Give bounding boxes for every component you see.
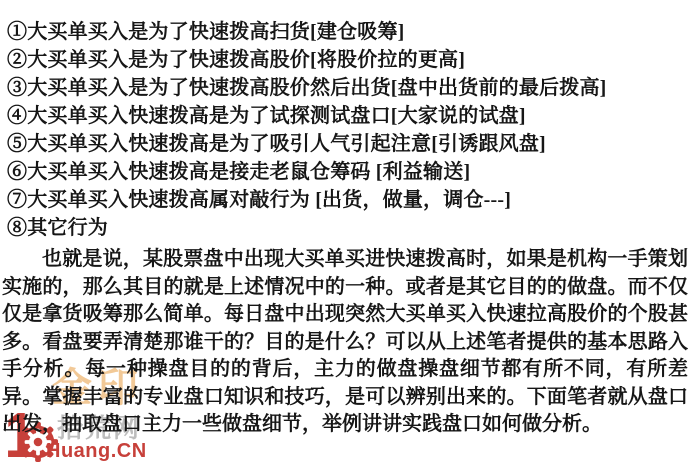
logo-site-domain: Huang.CN [46, 440, 147, 462]
list-item-3: ③大买单买入是为了快速拨高股价然后出货[盘中出货前的最后拨高] [7, 74, 690, 102]
list-item-6: ⑥大买单买入快速拨高是接走老鼠仓筹码 [利益输送] [7, 158, 690, 186]
article-content: ①大买单买入是为了快速拨高扫货[建仓吸筹] ②大买单买入是为了快速拨高股价[将股… [0, 0, 690, 439]
document-page: 金印 1 [0, 0, 690, 468]
list-item-7: ⑦大买单买入快速拨高属对敲行为 [出货，做量，调仓---] [7, 186, 690, 214]
numbered-list: ①大买单买入是为了快速拨高扫货[建仓吸筹] ②大买单买入是为了快速拨高股价[将股… [7, 18, 690, 242]
body-paragraph: 也就是说，某股票盘中出现大买单买进快速拨高时，如果是机构一手策划实施的，那么其目… [2, 246, 688, 439]
list-item-1: ①大买单买入是为了快速拨高扫货[建仓吸筹] [7, 18, 690, 46]
list-item-8: ⑧其它行为 [7, 214, 690, 242]
list-item-4: ④大买单买入快速拨高是为了试探测试盘口[大家说的试盘] [7, 102, 690, 130]
list-item-5: ⑤大买单买入快速拨高是为了吸引人气引起注意[引诱跟风盘] [7, 130, 690, 158]
list-item-2: ②大买单买入是为了快速拨高股价[将股价拉的更高] [7, 46, 690, 74]
